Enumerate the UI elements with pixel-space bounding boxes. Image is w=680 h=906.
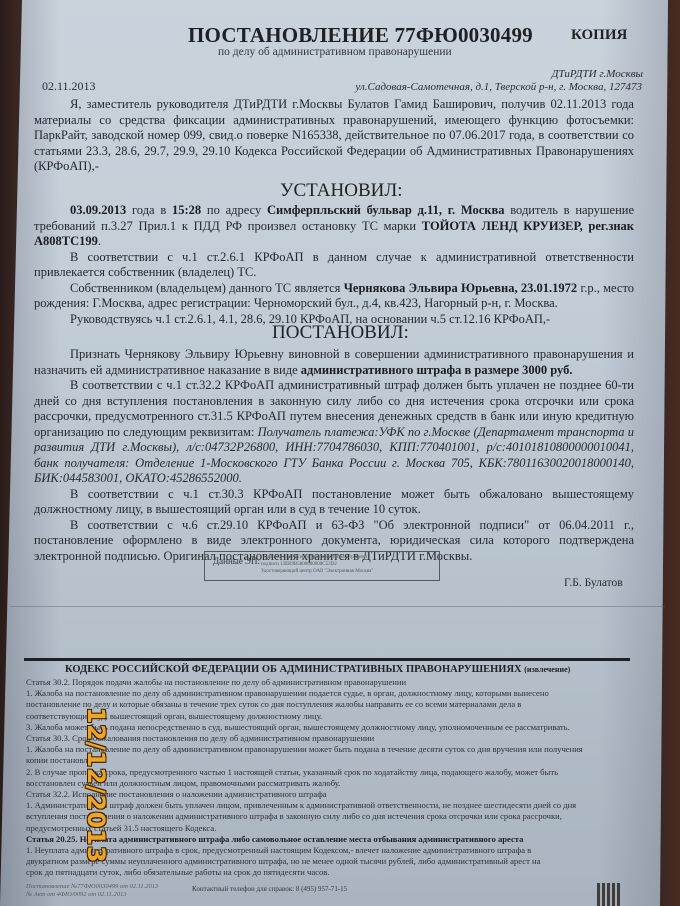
- intro-text: Я, заместитель руководителя ДТиРДТИ г.Мо…: [34, 97, 634, 175]
- signature-details: серийный номер сертификата ключа электро…: [261, 554, 373, 575]
- footer-references: Постановление №77ФЮ0030499 от 02.11.2013…: [26, 883, 158, 899]
- excerpt-line: Статья 32.2. Исполнение постановления о …: [26, 789, 630, 800]
- resolved-heading: ПОСТАНОВИЛ:: [272, 322, 409, 344]
- text-fragment: Собственником (владельцем) данного ТС яв…: [70, 281, 344, 295]
- excerpt-line: Статья 30.2. Порядок подачи жалобы на по…: [26, 677, 630, 688]
- responsibility-paragraph: В соответствии с ч.1 ст.2.6.1 КРФоАП в д…: [34, 250, 634, 281]
- text-fragment: года в: [126, 203, 172, 217]
- excerpt-line: двукратном размере суммы неуплаченного а…: [26, 856, 630, 867]
- excerpt-line: вступления постановления о наложении адм…: [26, 811, 630, 822]
- verdict-paragraph: Признать Чернякову Эльвиру Юрьевну винов…: [34, 347, 634, 378]
- payment-paragraph: В соответствии с ч.1 ст.32.2 КРФоАП адми…: [34, 378, 634, 487]
- excerpt-line: постановление по делу и которые обязаны …: [26, 699, 630, 710]
- code-excerpt: Статья 30.2. Порядок подачи жалобы на по…: [26, 677, 630, 879]
- text-fragment: по адресу: [201, 203, 267, 217]
- contact-phone: Контактный телефон для справок: 8 (495) …: [192, 885, 347, 893]
- owner-paragraph: Собственником (владельцем) данного ТС яв…: [34, 281, 634, 312]
- copy-mark: КОПИЯ: [571, 27, 627, 44]
- signature-line: Удостоверяющий центр ОАО "Электронная Мо…: [261, 568, 373, 575]
- excerpt-article-heading: Статья 20.25. Неуплата административного…: [26, 834, 630, 845]
- excerpt-line: 3. Жалоба может быть подана непосредстве…: [26, 722, 630, 733]
- excerpt-line: копии постановления.: [26, 755, 630, 766]
- excerpt-line: срок до пятнадцати суток, либо обязатель…: [26, 867, 630, 878]
- excerpt-title: КОДЕКС РОССИЙСКОЙ ФЕДЕРАЦИИ ОБ АДМИНИСТР…: [65, 664, 570, 675]
- document-title: ПОСТАНОВЛЕНИЕ 77ФЮ0030499: [188, 23, 533, 48]
- signature-label: Данные ЭП:: [213, 556, 260, 566]
- issue-date: 02.11.2013: [42, 79, 96, 94]
- resolved-section: Признать Чернякову Эльвиру Юрьевну винов…: [34, 347, 634, 564]
- violation-time: 15:28: [172, 203, 201, 217]
- electronic-signature-box: Данные ЭП: серийный номер сертификата кл…: [204, 551, 440, 581]
- excerpt-title-note: (извлечение): [524, 665, 570, 674]
- photo-date-stamp: 12/12/2013: [82, 712, 110, 858]
- date-stamp-text: 12/12/2013: [82, 707, 110, 863]
- signatory-name: Г.Б. Булатов: [564, 577, 623, 589]
- established-section: 03.09.2013 года в 15:28 по адресу Симфер…: [34, 203, 634, 327]
- footer-ref: № Акт от 4ФЮ/0092 от 02.11.2013: [26, 891, 158, 899]
- excerpt-line: предусмотренных статьей 31.5 настоящего …: [26, 823, 630, 834]
- violation-address: Симферпльский бульвар д.11, г. Москва: [267, 203, 505, 217]
- excerpt-divider: [24, 658, 630, 661]
- signature-line: серийный номер сертификата ключа электро…: [261, 554, 373, 561]
- excerpt-line: соответствующий суд, вышестоящий орган, …: [26, 711, 630, 722]
- excerpt-line: 1. Жалоба на постановление по делу об ад…: [26, 744, 630, 755]
- intro-paragraph: Я, заместитель руководителя ДТиРДТИ г.Мо…: [34, 97, 634, 175]
- footer-ref: Постановление №77ФЮ0030499 от 02.11.2013: [26, 883, 158, 891]
- document-subtitle: по делу об административном правонарушен…: [218, 46, 452, 58]
- excerpt-line: восстановлен судьей или должностным лицо…: [26, 778, 630, 789]
- excerpt-line: 1. Неуплата административного штрафа в с…: [26, 845, 630, 856]
- excerpt-line: Статья 30.3. Срок обжалования постановле…: [26, 733, 630, 744]
- signature-line: подписи 13EB9B5800000000C52D2: [261, 561, 373, 568]
- qr-code-icon: [597, 883, 621, 906]
- issuing-organization: ДТиРДТИ г.Москвы: [552, 68, 643, 80]
- paper-fold-line: [10, 606, 665, 607]
- owner-name: Чернякова Эльвира Юрьевна, 23.01.1972: [344, 281, 577, 295]
- penalty-amount: административного штрафа в размере 3000 …: [301, 363, 573, 377]
- violation-date: 03.09.2013: [70, 203, 126, 217]
- excerpt-line: 1. Жалоба на постановление по делу об ад…: [26, 688, 630, 699]
- established-heading: УСТАНОВИЛ:: [280, 180, 403, 202]
- excerpt-line: 2. В случае пропуска срока, предусмотрен…: [26, 767, 630, 778]
- excerpt-title-text: КОДЕКС РОССИЙСКОЙ ФЕДЕРАЦИИ ОБ АДМИНИСТР…: [65, 664, 522, 675]
- excerpt-line: 1. Административный штраф должен быть уп…: [26, 800, 630, 811]
- organization-address: ул.Садовая-Самотечная, д.1, Тверской р-н…: [355, 81, 642, 93]
- violation-paragraph: 03.09.2013 года в 15:28 по адресу Симфер…: [34, 203, 634, 250]
- text-fragment: .: [98, 234, 101, 248]
- appeal-paragraph: В соответствии с ч.1 ст.30.3 КРФоАП пост…: [34, 487, 634, 518]
